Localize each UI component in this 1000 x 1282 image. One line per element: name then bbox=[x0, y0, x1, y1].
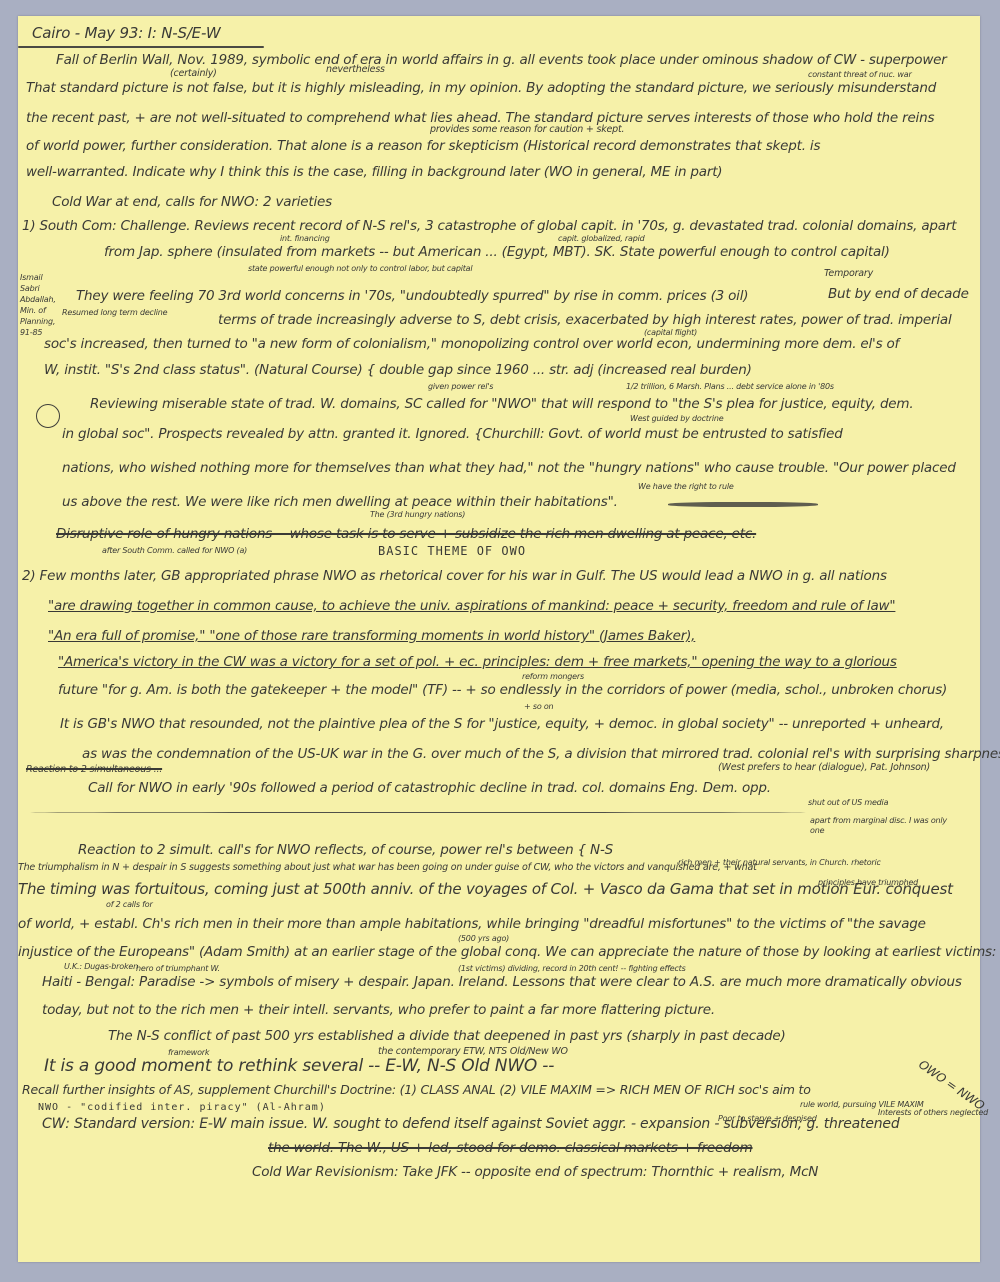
notes-continued: Several QU's arise: Look at them bbox=[0, 0, 1000, 1282]
